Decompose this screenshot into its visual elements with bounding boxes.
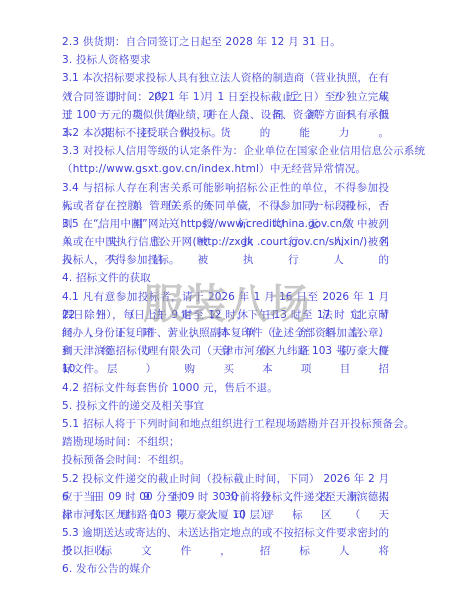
text-line: （http://www.gsxt.gov.cn/index.html）中无经营异… — [62, 160, 389, 178]
text-line: 2.3 供货期：自合同签订之日起至 2028 年 12 月 31 日。 — [62, 33, 389, 51]
text-line: 3.3 对投标人信用等级的认定条件为：企业单位在国家企业信用信息公示系统 — [62, 142, 389, 160]
text-line: 5. 投标文件的递交及相关事宜 — [62, 397, 389, 415]
document-body: 2.3 供货期：自合同签订之日起至 2028 年 12 月 31 日。3. 投标… — [62, 33, 389, 579]
text-line: 到天津滨德招标代理有限公司（天津市河东区九纬路 103 号万豪大厦 10 层）购… — [62, 342, 389, 360]
text-line: 5.2 投标文件递交的截止时间（投标截止时间，下同） 2026 年 2 月 6 … — [62, 470, 389, 488]
text-line: 应于当日 09 时 00 分至 09 时 30 分前将投标文件递交至天津滨德招标… — [62, 488, 389, 506]
document-page: 服装八场 2.3 供货期：自合同签订之日起至 2028 年 12 月 31 日。… — [0, 0, 450, 600]
text-line: 于 100 万元的类似供货业绩，并在人员、设备、资金等方面具有承担本项目供货的能… — [62, 106, 389, 124]
text-line: 5.3 逾期送达或寄达的、未送达指定地点的或不按招标文件要求密封的投标文件，招标… — [62, 524, 389, 542]
text-line: （合同签订时间：2021 年 1 月 1 日至投标截止之日）至少独立完成过一项单… — [62, 88, 389, 106]
text-line: 投标预备会时间：不组织。 — [62, 451, 389, 469]
text-line: 3.1 本次招标要求投标人具有独立法人资格的制造商（营业执照，在有效期内），近五… — [62, 69, 389, 87]
text-line: 假日除外），每日上午 9 时至 12 时，下午 13 时至 17 时（北京时间，… — [62, 306, 389, 324]
text-line: 4.1 凡有意参加投标者，请于 2026 年 1 月 16 日至 2026 年 … — [62, 288, 389, 306]
text-line: 6. 发布公告的媒介 — [62, 560, 389, 578]
text-line: 人或者存在控股、管理关系的不同单位，不得参加同一标段投标，否则，相关投标均无效。 — [62, 197, 389, 215]
text-line: 3. 投标人资格要求 — [62, 51, 389, 69]
text-line: 5.1 招标人将于下列时间和地点组织进行工程现场踏勘并召开投标预备会。 — [62, 415, 389, 433]
text-line: 4. 招标文件的获取 — [62, 269, 389, 287]
text-line: 3.5 在“信用中国”网站（https://www.creditchina.go… — [62, 215, 389, 233]
text-line: 4.2 招标文件每套售价 1000 元，售后不退。 — [62, 379, 389, 397]
text-line: 经办人身份证复印件、营业执照副本复印件（上述全部资料加盖公章）和经办人身份证原件 — [62, 324, 389, 342]
text-line: 3.4 与招标人存在利害关系可能影响招标公正性的单位，不得参加投标。单位负责人为… — [62, 179, 389, 197]
text-line: 单或在中国执行信息公开网(http://zxgk .court.gov.cn/s… — [62, 233, 389, 251]
text-line: 踏勘现场时间：不组织； — [62, 433, 389, 451]
